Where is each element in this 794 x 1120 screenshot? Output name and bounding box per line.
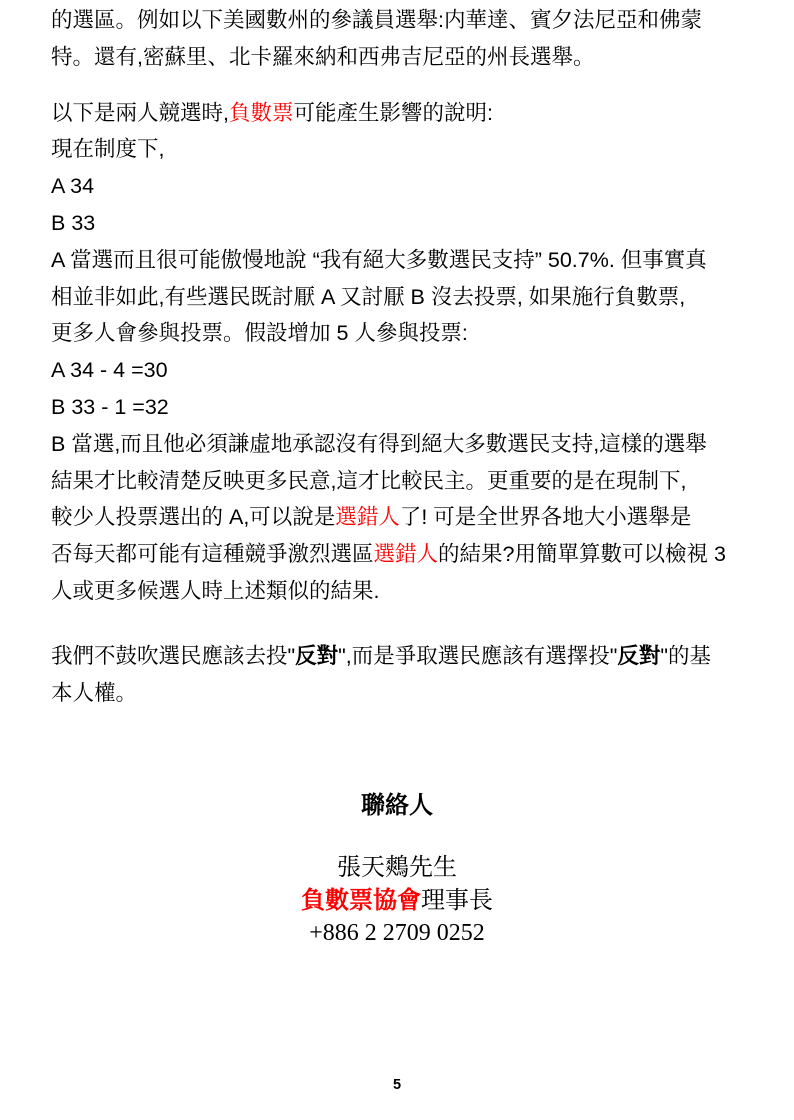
contact-person-name: 張天鷞先生 — [0, 853, 794, 883]
contact-title: 負數票協會理事長 — [0, 886, 794, 916]
text-run: 我們不鼓吹選民應該去投" — [51, 644, 295, 668]
text-line: 更多人會參與投票。假設增加 5 人參與投票: — [51, 315, 751, 352]
text-run: ",而是爭取選民應該有選擇投" — [338, 644, 617, 668]
text-line: 我們不鼓吹選民應該去投"反對",而是爭取選民應該有選擇投"反對"的基 — [51, 638, 751, 675]
body-text: 的選區。例如以下美國數州的參議員選舉:内華達、賓夕法尼亞和佛蒙特。還有,密蘇里、… — [51, 2, 751, 711]
contact-phone: +886 2 2709 0252 — [0, 918, 794, 948]
text-run: B 當選,而且他必須謙虛地承認沒有得到絕大多數選民支持,這樣的選舉 — [51, 432, 707, 456]
bold-emphasis-text: 反對 — [617, 644, 660, 668]
association-name: 負數票協會 — [301, 887, 421, 914]
text-line: 特。還有,密蘇里、北卡羅來納和西弗吉尼亞的州長選舉。 — [51, 39, 751, 76]
text-run: 結果才比較清楚反映更多民意,這才比較民主。更重要的是在現制下, — [51, 469, 686, 493]
text-run: 特。還有,密蘇里、北卡羅來納和西弗吉尼亞的州長選舉。 — [51, 45, 594, 69]
text-line: 的選區。例如以下美國數州的參議員選舉:内華達、賓夕法尼亞和佛蒙 — [51, 2, 751, 39]
text-run: A 當選而且很可能傲慢地說 “我有絕大多數選民支持” 50.7%. 但事實真 — [51, 248, 707, 272]
text-run: 了! 可是全世界各地大小選舉是 — [400, 505, 691, 529]
text-run: 人或更多候選人時上述類似的結果. — [51, 579, 379, 603]
text-run: 現在制度下, — [51, 137, 164, 161]
text-run: 否每天都可能有這種競爭激烈選區 — [51, 542, 374, 566]
text-run: A 34 — [51, 174, 94, 198]
text-run: B 33 - 1 =32 — [51, 395, 169, 419]
role-title: 理事長 — [421, 887, 493, 914]
text-line: 本人權。 — [51, 675, 751, 712]
paragraph: 以下是兩人競選時,負數票可能產生影響的說明:現在制度下,A 34B 33A 當選… — [51, 95, 751, 610]
contact-heading: 聯絡人 — [0, 791, 794, 821]
red-emphasis-text: 負數票 — [229, 101, 294, 125]
text-run: A 34 - 4 =30 — [51, 358, 168, 382]
text-line: A 34 — [51, 168, 751, 205]
text-run: "的基 — [660, 644, 711, 668]
text-line: 否每天都可能有這種競爭激烈選區選錯人的結果?用簡單算數可以檢視 3 — [51, 536, 751, 573]
text-line: 人或更多候選人時上述類似的結果. — [51, 573, 751, 610]
document-page: 的選區。例如以下美國數州的參議員選舉:内華達、賓夕法尼亞和佛蒙特。還有,密蘇里、… — [0, 0, 794, 1120]
text-run: 更多人會參與投票。假設增加 5 人參與投票: — [51, 321, 468, 345]
text-line: B 當選,而且他必須謙虛地承認沒有得到絕大多數選民支持,這樣的選舉 — [51, 426, 751, 463]
text-line: A 34 - 4 =30 — [51, 352, 751, 389]
text-run: 相並非如此,有些選民既討厭 A 又討厭 B 沒去投票, 如果施行負數票, — [51, 285, 685, 309]
text-line: A 當選而且很可能傲慢地說 “我有絕大多數選民支持” 50.7%. 但事實真 — [51, 242, 751, 279]
text-run: 可能產生影響的說明: — [294, 101, 493, 125]
text-line: 以下是兩人競選時,負數票可能產生影響的說明: — [51, 95, 751, 132]
text-run: 較少人投票選出的 A,可以說是 — [51, 505, 335, 529]
text-run: 的選區。例如以下美國數州的參議員選舉:内華達、賓夕法尼亞和佛蒙 — [51, 8, 702, 32]
red-emphasis-text: 選錯人 — [335, 505, 400, 529]
paragraph: 我們不鼓吹選民應該去投"反對",而是爭取選民應該有選擇投"反對"的基本人權。 — [51, 638, 751, 712]
text-run: B 33 — [51, 211, 95, 235]
text-line: 相並非如此,有些選民既討厭 A 又討厭 B 沒去投票, 如果施行負數票, — [51, 279, 751, 316]
text-line: 結果才比較清楚反映更多民意,這才比較民主。更重要的是在現制下, — [51, 463, 751, 500]
text-line: B 33 - 1 =32 — [51, 389, 751, 426]
text-run: 本人權。 — [51, 681, 137, 705]
text-line: 現在制度下, — [51, 131, 751, 168]
page-number: 5 — [0, 1075, 794, 1095]
text-run: 的結果?用簡單算數可以檢視 3 — [438, 542, 726, 566]
text-run: 以下是兩人競選時, — [51, 101, 229, 125]
bold-emphasis-text: 反對 — [295, 644, 338, 668]
text-line: B 33 — [51, 205, 751, 242]
paragraph: 的選區。例如以下美國數州的參議員選舉:内華達、賓夕法尼亞和佛蒙特。還有,密蘇里、… — [51, 2, 751, 76]
text-line: 較少人投票選出的 A,可以說是選錯人了! 可是全世界各地大小選舉是 — [51, 499, 751, 536]
red-emphasis-text: 選錯人 — [374, 542, 439, 566]
